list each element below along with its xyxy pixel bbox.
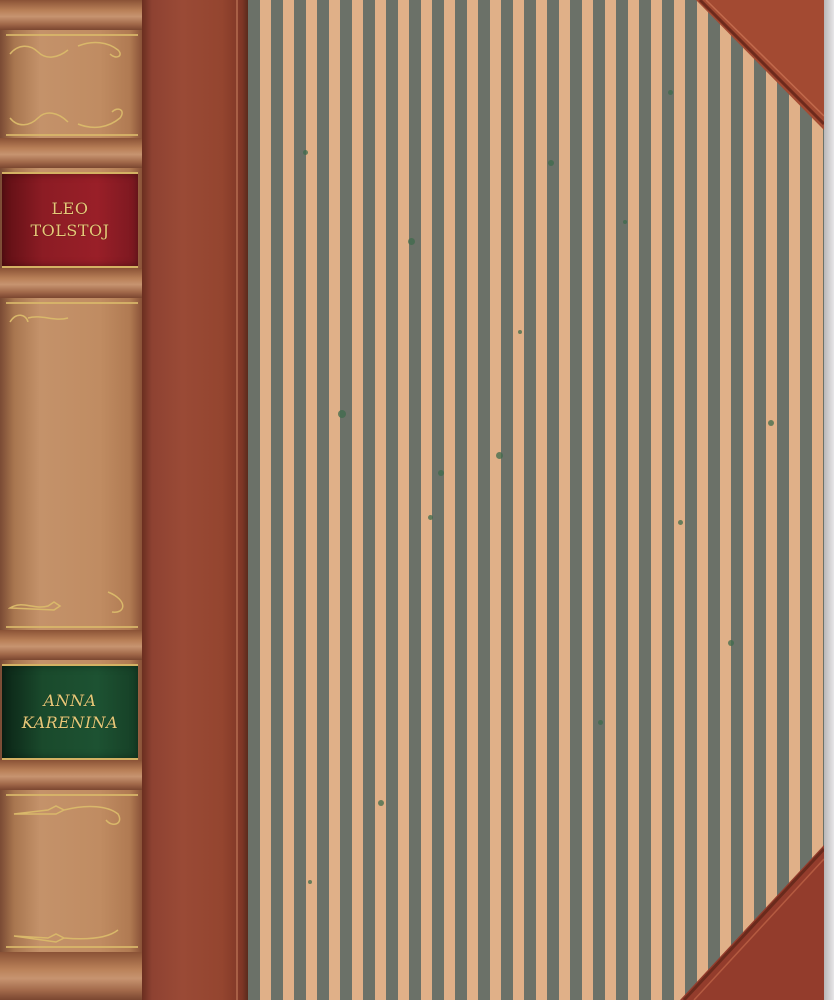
gilt-flourish-icon xyxy=(8,100,133,130)
page-edge xyxy=(824,0,834,1000)
author-label: LEO TOLSTOJ xyxy=(2,172,138,268)
spine-raised-band xyxy=(0,0,142,30)
leather-corner-top xyxy=(696,0,824,130)
gilt-rule xyxy=(6,302,138,304)
title-line-2: KARENINA xyxy=(22,712,118,734)
spine-raised-band xyxy=(0,952,142,1000)
gilt-flourish-icon xyxy=(8,800,133,830)
gilt-flourish-icon xyxy=(8,40,133,70)
gilt-rule xyxy=(6,134,138,136)
spine-raised-band xyxy=(0,138,142,168)
title-line-1: ANNA xyxy=(43,690,96,712)
spine-raised-band xyxy=(0,760,142,790)
author-line-1: LEO xyxy=(52,198,89,220)
gilt-rule xyxy=(6,626,138,628)
gilt-rule xyxy=(6,946,138,948)
hinge-edge-line xyxy=(236,0,238,1000)
spine-raised-band xyxy=(0,268,142,298)
book: LEO TOLSTOJ ANNA KARENINA xyxy=(0,0,834,1000)
gilt-rule xyxy=(6,34,138,36)
gilt-flourish-icon xyxy=(8,308,133,338)
cover-leather-hinge xyxy=(142,0,248,1000)
gilt-flourish-icon xyxy=(8,590,133,620)
leather-corner-bottom xyxy=(680,845,824,1000)
gilt-rule xyxy=(6,794,138,796)
book-spine: LEO TOLSTOJ ANNA KARENINA xyxy=(0,0,142,1000)
spine-raised-band xyxy=(0,630,142,660)
author-line-2: TOLSTOJ xyxy=(30,220,109,242)
title-label: ANNA KARENINA xyxy=(2,664,138,760)
